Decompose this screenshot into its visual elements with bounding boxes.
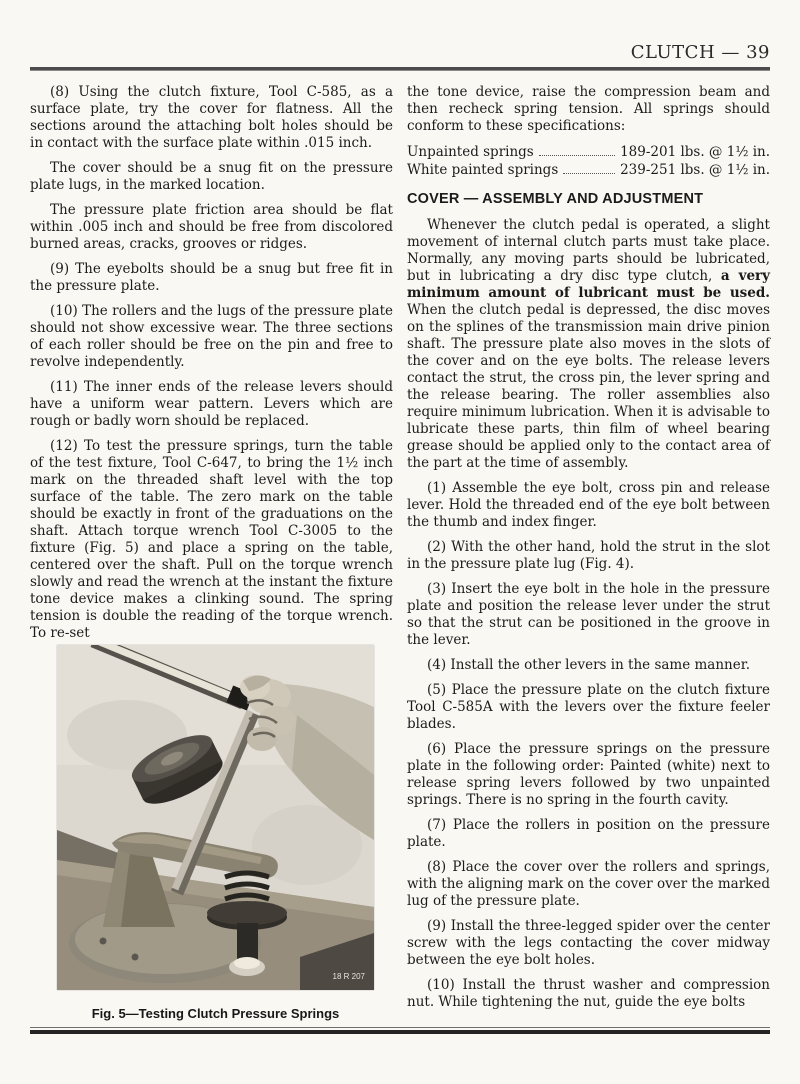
paragraph-friction-area: The pressure plate friction area should … xyxy=(30,202,393,253)
lubrication-text-pre: Whenever the clutch pedal is operated, a… xyxy=(407,217,770,284)
header-rule xyxy=(30,67,770,71)
spec-label: Unpainted springs xyxy=(407,143,534,161)
assembly-step-8: (8) Place the cover over the rollers and… xyxy=(407,859,770,910)
assembly-step-7: (7) Place the rollers in position on the… xyxy=(407,817,770,851)
bottom-rule-thin xyxy=(30,1027,770,1028)
left-column: (8) Using the clutch fixture, Tool C-585… xyxy=(30,84,393,650)
paragraph-lubrication: Whenever the clutch pedal is operated, a… xyxy=(407,217,770,472)
paragraph-step-12: (12) To test the pressure springs, turn … xyxy=(30,438,393,642)
spec-label: White painted springs xyxy=(407,161,558,179)
spec-row-white-painted: White painted springs 239-251 lbs. @ 1½ … xyxy=(407,161,770,179)
figure-caption: Fig. 5—Testing Clutch Pressure Springs xyxy=(57,1006,374,1021)
assembly-step-9: (9) Install the three-legged spider over… xyxy=(407,918,770,969)
paragraph-cover-fit: The cover should be a snug fit on the pr… xyxy=(30,160,393,194)
clutch-spring-test-photo: 18 R 207 xyxy=(57,645,374,990)
lubrication-text-post: When the clutch pedal is depressed, the … xyxy=(407,302,770,471)
section-heading-cover-assembly: COVER — ASSEMBLY AND ADJUSTMENT xyxy=(407,191,770,208)
manual-page: CLUTCH — 39 (8) Using the clutch fixture… xyxy=(0,0,800,1084)
assembly-step-1: (1) Assemble the eye bolt, cross pin and… xyxy=(407,480,770,531)
assembly-step-10: (10) Install the thrust washer and compr… xyxy=(407,977,770,1011)
assembly-step-6: (6) Place the pressure springs on the pr… xyxy=(407,741,770,809)
assembly-step-2: (2) With the other hand, hold the strut … xyxy=(407,539,770,573)
spec-row-unpainted: Unpainted springs 189-201 lbs. @ 1½ in. xyxy=(407,143,770,161)
spec-value: 189-201 lbs. @ 1½ in. xyxy=(620,143,770,161)
figure-5-photo: 18 R 207 xyxy=(57,645,374,990)
assembly-step-5: (5) Place the pressure plate on the clut… xyxy=(407,682,770,733)
page-header: CLUTCH — 39 xyxy=(631,42,770,63)
paragraph-step-11: (11) The inner ends of the release lever… xyxy=(30,379,393,430)
bottom-rule-thick xyxy=(30,1030,770,1034)
assembly-step-4: (4) Install the other levers in the same… xyxy=(407,657,770,674)
dotted-leader xyxy=(563,162,615,174)
paragraph-intro-continuation: the tone device, raise the compression b… xyxy=(407,84,770,135)
dotted-leader xyxy=(539,144,615,156)
right-column: the tone device, raise the compression b… xyxy=(407,84,770,1019)
spec-value: 239-251 lbs. @ 1½ in. xyxy=(620,161,770,179)
paragraph-step-10: (10) The rollers and the lugs of the pre… xyxy=(30,303,393,371)
spring-spec-table: Unpainted springs 189-201 lbs. @ 1½ in. … xyxy=(407,143,770,179)
paragraph-step-9: (9) The eyebolts should be a snug but fr… xyxy=(30,261,393,295)
assembly-step-3: (3) Insert the eye bolt in the hole in t… xyxy=(407,581,770,649)
paragraph-step-8: (8) Using the clutch fixture, Tool C-585… xyxy=(30,84,393,152)
photo-ref-code: 18 R 207 xyxy=(333,972,366,981)
